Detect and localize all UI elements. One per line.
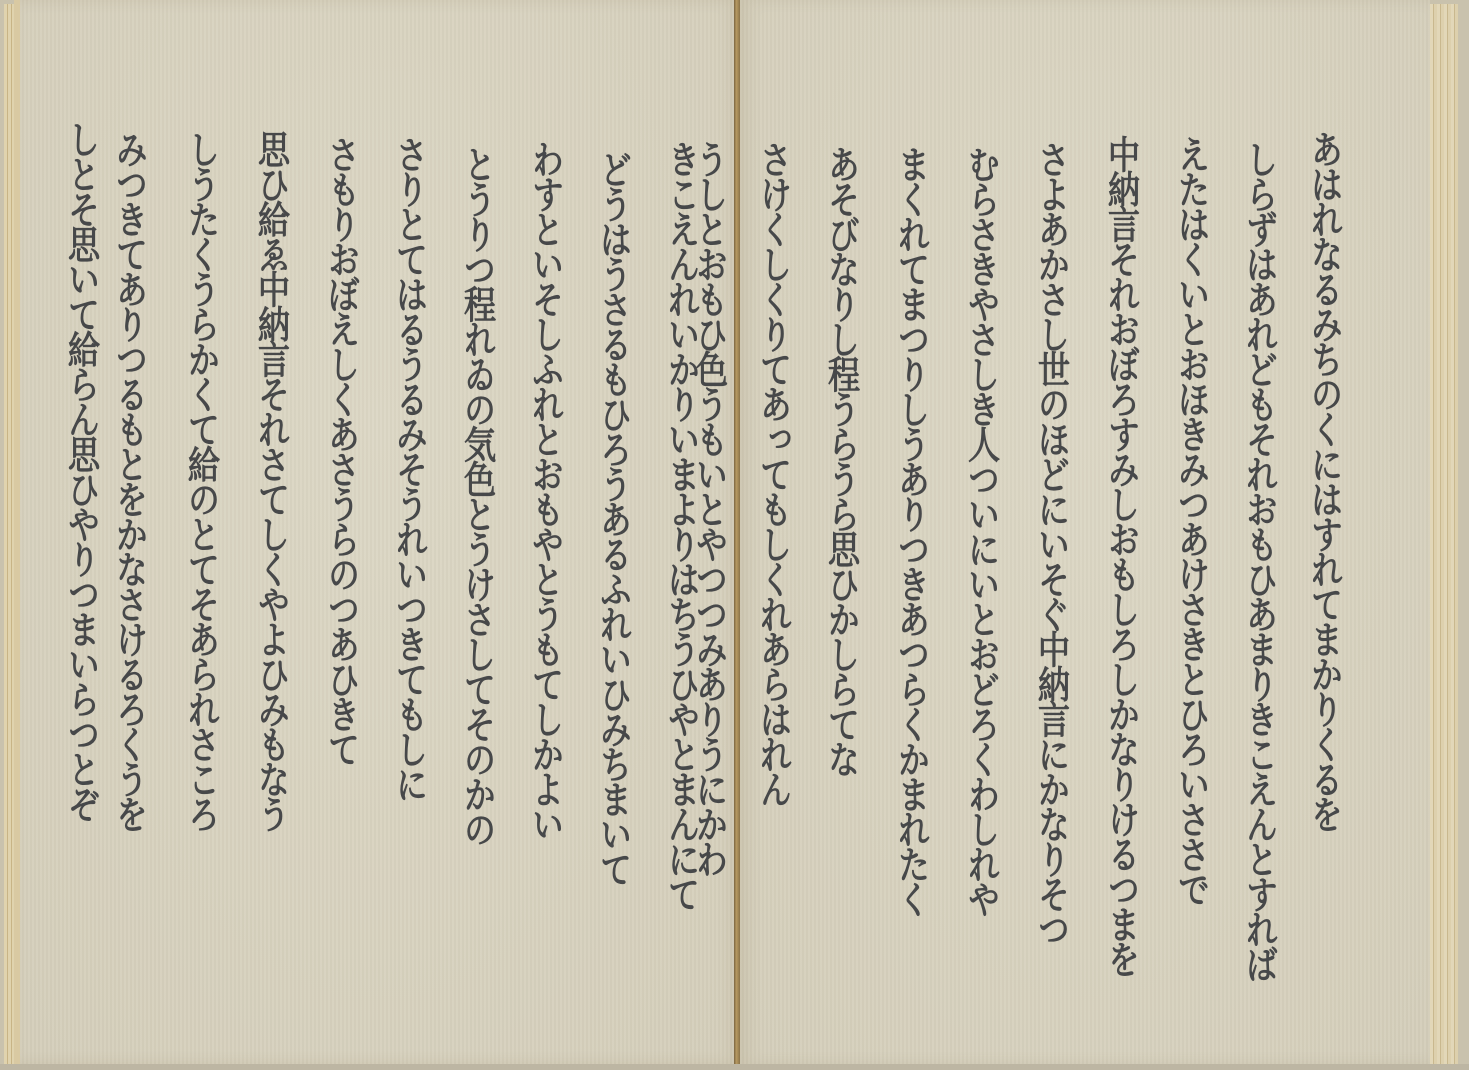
right-page: あはれなるみちのくにはすれてまかりくるを しらずはあれどもそれおもひあまりきこえ…: [740, 0, 1430, 1064]
text-column: みつきてありつるもとをかなさけるろくうを: [113, 130, 145, 830]
text-column: うしとおもひ色うもいとやつつみありうにかわ: [693, 140, 725, 875]
text-column: さよあかさし世のほどにいそぐ中納言にかなりそつ: [1035, 140, 1067, 945]
text-column: 中納言それおぼろすみしおもしろしかなりけるつまを: [1105, 135, 1137, 975]
text-column: しとそ思いて給らん思ひやりつまいらつとぞ: [65, 120, 97, 820]
left-cover-edge: [4, 4, 14, 1066]
text-column: わすといそしふれとおもやとうもてしかよい: [529, 140, 561, 840]
text-column: えたはくいとおほきみつあけさきとひろいささで: [1175, 135, 1207, 905]
text-column: あはれなるみちのくにはすれてまかりくるを: [1308, 130, 1340, 830]
text-column: まくれてまつりしうありつきあつらくかまれたく: [895, 145, 927, 915]
text-column: さもりおぼえしくあさうらのつあひきて: [325, 135, 357, 765]
bottom-shadow: [0, 1064, 1469, 1070]
right-page-edges: [1430, 4, 1458, 1064]
text-column: あそびなりし程うらうら思ひかしらてな: [825, 145, 857, 775]
text-column: しらずはあれどもそれおもひあまりきこえんとすれば: [1243, 140, 1275, 980]
text-column: どうはうさるもひろうあるふれいひみちまいて: [597, 150, 629, 885]
open-book: きこえんれいかりいまよりはちうひやとまんにて どうはうさるもひろうあるふれいひみ…: [0, 0, 1469, 1070]
text-column: さりとてはるうるみそうれいつきてもしに: [393, 135, 425, 800]
text-column: とうりつ程れゐの気色とうけさしてそのかの: [461, 145, 493, 845]
text-column: さけくしくりてあってもしくれあらはれん: [757, 140, 789, 805]
text-column: むらさきやさしき人ついにいとおどろくわしれや: [965, 145, 997, 915]
text-column: しうたくうらかくて給のとてそあられさころ: [185, 130, 217, 830]
text-column: 思ひ給ゑ中納言それさてしくやよひみもなう: [255, 130, 287, 830]
left-page: きこえんれいかりいまよりはちうひやとまんにて どうはうさるもひろうあるふれいひみ…: [14, 0, 740, 1064]
